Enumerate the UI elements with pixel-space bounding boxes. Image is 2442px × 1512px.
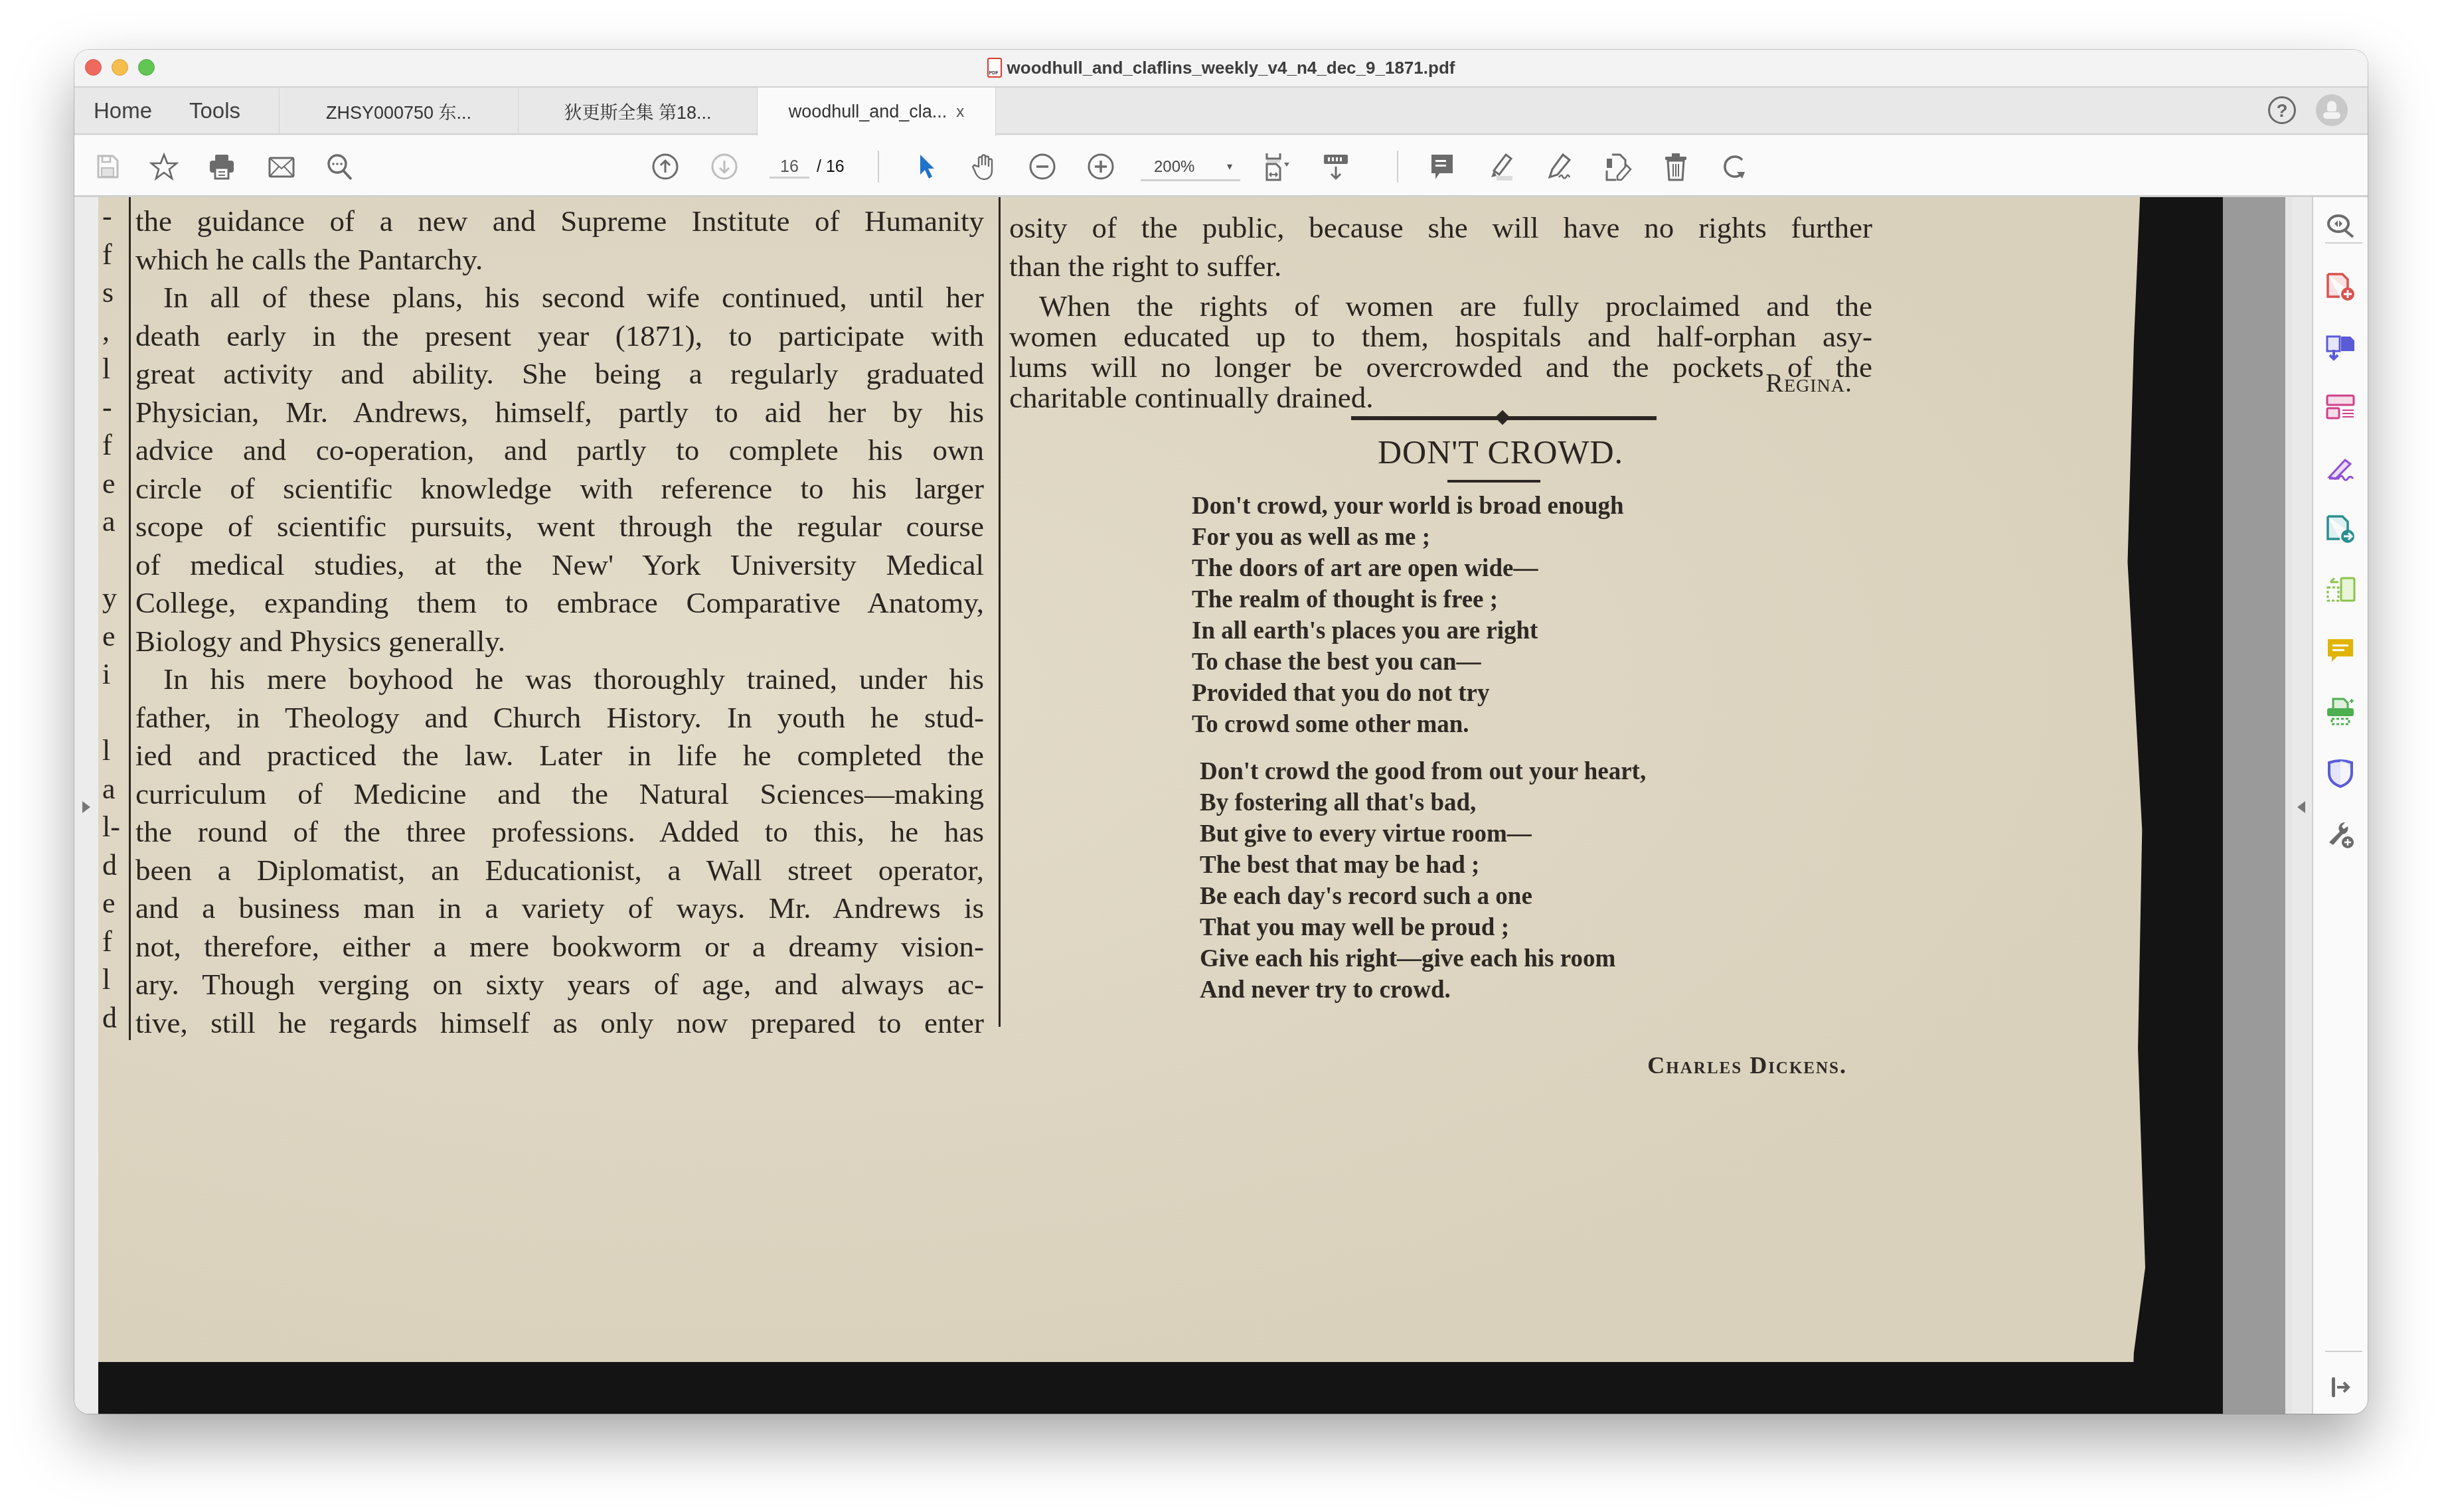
document-tab-label: 狄更斯全集 第18...: [564, 98, 711, 124]
tab-home[interactable]: Home: [94, 98, 152, 123]
poem-line: For you as well as me ;: [1192, 522, 1789, 553]
text-line: osity of the public, because she will ha…: [1009, 209, 1872, 248]
create-pdf-icon[interactable]: [2325, 271, 2356, 302]
sidebar-divider: [2325, 1351, 2362, 1352]
text-line: not, therefore, either a mere bookworm o…: [135, 928, 984, 966]
text-line: charitable continually drained.: [1009, 382, 1872, 413]
text-line: Physician, Mr. Andrews, himself, partly …: [135, 394, 984, 432]
page-gutter: [2223, 197, 2285, 1414]
text-line: lums will no longer be overcrowded and t…: [1009, 352, 1872, 382]
compare-icon[interactable]: [2325, 574, 2356, 605]
poem-body: Don't crowd, your world is broad enough …: [1192, 491, 1789, 1006]
text-line: the round of the three professions. Adde…: [135, 813, 984, 852]
cut-off-margin-column: -fs,l-fea yei lal-defld: [102, 197, 122, 1037]
organize-pages-icon[interactable]: [2325, 392, 2356, 423]
poem-line: Don't crowd, your world is broad enough: [1192, 491, 1789, 522]
document-tab-1[interactable]: ZHSY000750 东...: [279, 88, 518, 135]
poem-line: Give each his right—give each his room: [1192, 943, 1789, 974]
next-page-icon[interactable]: [710, 152, 739, 181]
poem-line: And never try to crowd.: [1192, 974, 1789, 1006]
zoom-level-dropdown[interactable]: 200% ▾: [1141, 155, 1240, 181]
zoom-in-icon[interactable]: [1086, 152, 1115, 181]
fill-sign-icon[interactable]: [2325, 453, 2356, 484]
text-line: scope of scientific pursuits, went throu…: [135, 508, 984, 546]
text-line: curriculum of Medicine and the Natural S…: [135, 775, 984, 814]
text-line: which he calls the Pantarchy.: [135, 241, 984, 279]
text-line: ary. Though verging on sixty years of ag…: [135, 966, 984, 1004]
right-panel-toggle-strip[interactable]: [2292, 197, 2313, 1414]
text-line: College, expanding them to embrace Compa…: [135, 584, 984, 623]
text-line: death early in the present year (1871), …: [135, 317, 984, 356]
rotate-icon[interactable]: [1720, 152, 1749, 181]
page-number-input[interactable]: 16: [770, 155, 809, 179]
text-line: women educated up to them, hospitals and…: [1009, 321, 1872, 352]
zoom-search-icon[interactable]: [2325, 212, 2356, 242]
send-pdf-icon[interactable]: [2325, 514, 2356, 544]
export-pdf-icon[interactable]: [2325, 333, 2356, 363]
article-signature: Regina.: [1765, 367, 1852, 398]
window-title-text: woodhull_and_claflins_weekly_v4_n4_dec_9…: [1007, 58, 1455, 78]
comment-tool-icon[interactable]: [2325, 635, 2356, 666]
select-arrow-icon[interactable]: [912, 152, 941, 181]
poem-line: To crowd some other man.: [1192, 709, 1789, 740]
comment-icon[interactable]: [1427, 152, 1457, 181]
tab-bar: Home Tools ZHSY000750 东... 狄更斯全集 第18... …: [74, 88, 2368, 135]
prev-page-icon[interactable]: [651, 152, 680, 181]
article-column-left: the guidance of a new and Supreme Instit…: [135, 202, 979, 1039]
toolbar-divider: [1397, 151, 1398, 183]
scrollbar-track[interactable]: [2285, 197, 2292, 1414]
pdf-file-icon: [987, 58, 1002, 78]
save-icon[interactable]: [93, 152, 122, 181]
document-tab-2[interactable]: 狄更斯全集 第18...: [518, 88, 757, 135]
text-line: ied and practiced the law. Later in life…: [135, 737, 984, 775]
text-line: In his mere boyhood he was thoroughly tr…: [135, 660, 984, 699]
pdf-viewer-window: woodhull_and_claflins_weekly_v4_n4_dec_9…: [74, 50, 2368, 1414]
poem-line: The realm of thought is free ;: [1192, 584, 1789, 615]
sidebar-divider: [2325, 242, 2362, 244]
more-tools-icon[interactable]: [2325, 818, 2356, 849]
text-line: the guidance of a new and Supreme Instit…: [135, 202, 984, 241]
poem-line: To chase the best you can—: [1192, 646, 1789, 678]
left-panel-toggle-strip[interactable]: [74, 197, 98, 1414]
text-line: of medical studies, at the New' York Uni…: [135, 546, 984, 585]
page-total-label: / 16: [817, 155, 845, 179]
account-avatar[interactable]: [2316, 94, 2348, 126]
toolbar-divider: [878, 151, 879, 183]
highlight-icon[interactable]: [1486, 152, 1515, 181]
poem-line: Don't crowd the good from out your heart…: [1192, 756, 1789, 787]
text-line: In all of these plans, his second wife c…: [135, 279, 984, 317]
poem-line: Be each day's record such a one: [1192, 881, 1789, 912]
tab-tools[interactable]: Tools: [189, 98, 240, 123]
zoom-out-icon[interactable]: [1028, 152, 1057, 181]
window-title: woodhull_and_claflins_weekly_v4_n4_dec_9…: [74, 58, 2368, 78]
text-line: advice and co-operation, and partly to c…: [135, 431, 984, 470]
sign-icon[interactable]: [1544, 152, 1574, 181]
collapse-right-panel-icon[interactable]: [2297, 801, 2305, 813]
protect-icon[interactable]: [2325, 757, 2356, 788]
text-line: tive, still he regards himself as only n…: [135, 1004, 984, 1043]
poem-line: That you may well be proud ;: [1192, 912, 1789, 943]
column-rule: [999, 197, 1001, 1027]
poem-line: In all earth's places you are right: [1192, 615, 1789, 646]
poem-title: DON'T CROWD.: [1321, 433, 1680, 471]
fit-page-icon[interactable]: [1263, 152, 1292, 181]
text-line: and a business man in a variety of ways.…: [135, 889, 984, 928]
scan-border-bottom: [98, 1362, 2223, 1414]
expand-left-panel-icon[interactable]: [82, 801, 90, 813]
print-icon[interactable]: [207, 152, 236, 181]
text-line: than the right to suffer.: [1009, 248, 1872, 286]
text-line: When the rights of women are fully procl…: [1009, 291, 1872, 321]
title-bar: woodhull_and_claflins_weekly_v4_n4_dec_9…: [74, 50, 2368, 88]
document-tab-3-active[interactable]: woodhull_and_cla... x: [757, 88, 996, 136]
search-text-icon[interactable]: [325, 152, 355, 181]
poem-line: Provided that you do not try: [1192, 678, 1789, 709]
document-tab-label: woodhull_and_cla...: [789, 102, 947, 122]
edit-pages-icon[interactable]: [1603, 152, 1632, 181]
text-line: circle of scientific knowledge with refe…: [135, 470, 984, 508]
poem-line: But give to every virtue room—: [1192, 818, 1789, 850]
help-icon[interactable]: ?: [2268, 96, 2296, 124]
poem-author: Charles Dickens.: [1647, 1051, 1847, 1079]
text-line: Biology and Physics generally.: [135, 623, 984, 661]
bookmark-star-icon[interactable]: [149, 152, 179, 181]
column-rule: [129, 197, 131, 1040]
tools-sidebar: [2313, 197, 2368, 1414]
collapse-panel-icon[interactable]: [2325, 1372, 2356, 1402]
email-icon[interactable]: [267, 152, 296, 181]
scan-ocr-icon[interactable]: [2325, 696, 2356, 727]
text-line: been a Diplomatist, an Educationist, a W…: [135, 852, 984, 890]
poem-line: By fostering all that's bad,: [1192, 787, 1789, 818]
main-toolbar: 16 / 16 200% ▾: [74, 136, 2368, 197]
document-viewport[interactable]: -fs,l-fea yei lal-defld the guidance of …: [74, 197, 2292, 1414]
text-line: great activity and ability. She being a …: [135, 355, 984, 394]
hand-tool-icon[interactable]: [969, 152, 999, 181]
close-tab-icon[interactable]: x: [956, 103, 964, 121]
scroll-mode-icon[interactable]: [1321, 152, 1350, 181]
delete-icon[interactable]: [1661, 152, 1690, 181]
poem-title-rule: [1447, 480, 1540, 483]
poem-line: The doors of art are open wide—: [1192, 553, 1789, 584]
zoom-level-value: 200%: [1154, 158, 1194, 176]
chevron-down-icon: ▾: [1227, 155, 1232, 180]
poem-line: The best that may be had ;: [1192, 850, 1789, 881]
text-line: father, in Theology and Church History. …: [135, 699, 984, 737]
document-tab-label: ZHSY000750 东...: [326, 98, 471, 124]
